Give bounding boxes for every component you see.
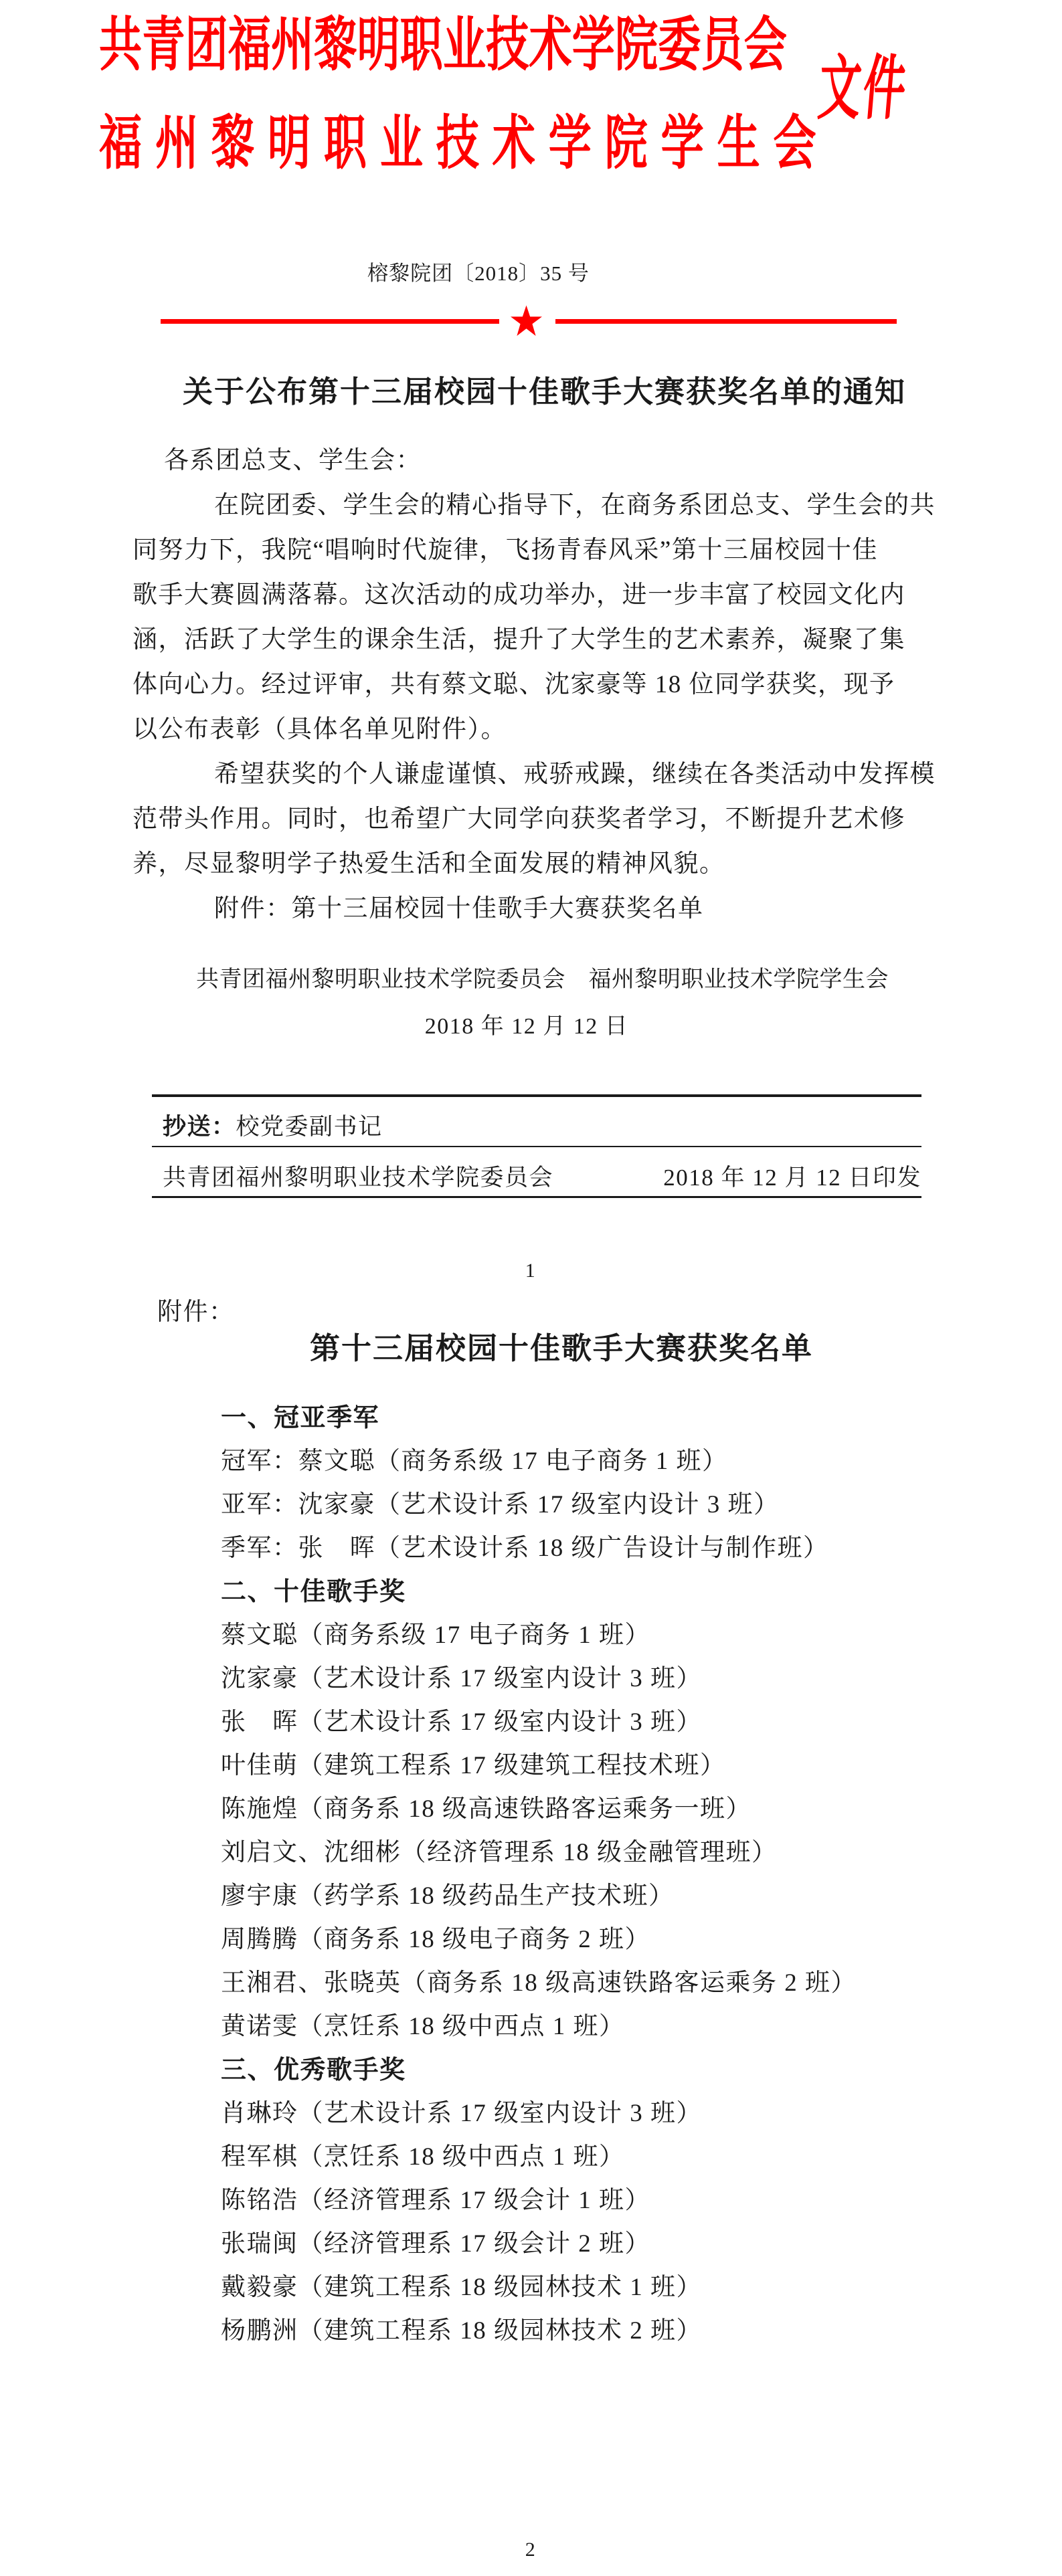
body-line: 同努力下，我院“唱响时代旋律，飞扬青春风采”第十三届校园十佳 <box>132 534 878 567</box>
award-entry: 叶佳萌（建筑工程系 17 级建筑工程技术班） <box>221 1750 726 1782</box>
award-entry: 亚军：沈家豪（艺术设计系 17 级室内设计 3 班） <box>221 1489 780 1521</box>
issuer-row: 共青团福州黎明职业技术学院委员会 2018 年 12 月 12 日印发 <box>163 1162 921 1194</box>
issue-date: 2018 年 12 月 12 日印发 <box>663 1162 921 1194</box>
cc-divider-bottom <box>152 1196 921 1198</box>
award-entry: 季军：张 晖（艺术设计系 18 级广告设计与制作班） <box>221 1532 829 1565</box>
cc-value: 校党委副书记 <box>236 1114 383 1140</box>
red-divider-left <box>161 319 499 324</box>
file-stamp: 文件 <box>816 54 911 124</box>
body-line: 在院团委、学生会的精心指导下，在商务系团总支、学生会的共 <box>214 490 936 522</box>
header-org-line-1: 共青团福州黎明职业技术学院委员会 <box>99 15 787 74</box>
award-entry: 陈铭浩（经济管理系 17 级会计 1 班） <box>221 2185 650 2217</box>
award-entry: 陈施煌（商务系 18 级高速铁路客运乘务一班） <box>221 1793 751 1825</box>
award-entry: 戴毅豪（建筑工程系 18 级园林技术 1 班） <box>221 2272 702 2304</box>
section-heading-3: 三、优秀歌手奖 <box>221 2054 406 2086</box>
signature-date: 2018 年 12 月 12 日 <box>359 1011 694 1043</box>
award-entry: 王湘君、张晓英（商务系 18 级高速铁路客运乘务 2 班） <box>221 1967 857 1999</box>
page-number-1: 1 <box>464 1255 598 1287</box>
salutation: 各系团总支、学生会： <box>164 445 422 477</box>
award-entry: 廖宇康（药学系 18 级药品生产技术班） <box>221 1880 675 1912</box>
issuer-name: 共青团福州黎明职业技术学院委员会 <box>163 1162 553 1194</box>
body-line: 歌手大赛圆满落幕。这次活动的成功举办，进一步丰富了校园文化内 <box>132 579 905 611</box>
award-entry: 黄诺雯（烹饪系 18 级中西点 1 班） <box>221 2011 625 2043</box>
body-line: 以公布表彰（具体名单见附件）。 <box>132 714 507 746</box>
cc-label: 抄送： <box>163 1114 236 1140</box>
doc-number: 榕黎院团〔2018〕35 号 <box>345 258 612 290</box>
body-line: 附件：第十三届校园十佳歌手大赛获奖名单 <box>214 893 704 925</box>
award-entry: 周腾腾（商务系 18 级电子商务 2 班） <box>221 1924 650 1956</box>
header-org-line-2: 福州黎明职业技术学院学生会 <box>99 114 829 173</box>
award-entry: 程军棋（烹饪系 18 级中西点 1 班） <box>221 2141 625 2173</box>
award-entry: 肖琳玲（艺术设计系 17 级室内设计 3 班） <box>221 2098 702 2130</box>
section-heading-1: 一、冠亚季军 <box>221 1402 379 1434</box>
star-icon <box>511 302 542 340</box>
body-line: 体向心力。经过评审，共有蔡文聪、沈家豪等 18 位同学获奖，现予 <box>132 669 895 701</box>
attachment-title: 第十三届校园十佳歌手大赛获奖名单 <box>310 1331 813 1366</box>
cc-divider-top <box>152 1094 921 1097</box>
body-line: 涵，活跃了大学生的课余生活，提升了大学生的艺术素养，凝聚了集 <box>132 624 905 656</box>
award-entry: 杨鹏洲（建筑工程系 18 级园林技术 2 班） <box>221 2315 702 2347</box>
award-entry: 张 晖（艺术设计系 17 级室内设计 3 班） <box>221 1706 702 1739</box>
award-entry: 刘启文、沈细彬（经济管理系 18 级金融管理班） <box>221 1837 778 1869</box>
notice-title: 关于公布第十三届校园十佳歌手大赛获奖名单的通知 <box>183 375 906 409</box>
body-line: 范带头作用。同时，也希望广大同学向获奖者学习，不断提升艺术修 <box>132 803 905 835</box>
award-entry: 冠军：蔡文聪（商务系级 17 电子商务 1 班） <box>221 1446 728 1478</box>
cc-divider-middle <box>152 1146 921 1147</box>
award-entry: 沈家豪（艺术设计系 17 级室内设计 3 班） <box>221 1663 702 1695</box>
section-heading-2: 二、十佳歌手奖 <box>221 1576 406 1608</box>
red-divider-right <box>555 319 897 324</box>
signature-orgs: 共青团福州黎明职业技术学院委员会 福州黎明职业技术学院学生会 <box>196 964 889 996</box>
body-line: 希望获奖的个人谦虚谨慎、戒骄戒躁，继续在各类活动中发挥模 <box>214 759 936 791</box>
body-line: 养，尽显黎明学子热爱生活和全面发展的精神风貌。 <box>132 848 725 880</box>
cc-row: 抄送：校党委副书记 <box>163 1111 383 1143</box>
page-number-2: 2 <box>464 2534 598 2566</box>
document-page: 共青团福州黎明职业技术学院委员会 福州黎明职业技术学院学生会 文件 榕黎院团〔2… <box>0 0 1062 2576</box>
award-entry: 蔡文聪（商务系级 17 电子商务 1 班） <box>221 1619 650 1652</box>
award-entry: 张瑞闽（经济管理系 17 级会计 2 班） <box>221 2228 650 2260</box>
attachment-label: 附件： <box>157 1296 235 1328</box>
